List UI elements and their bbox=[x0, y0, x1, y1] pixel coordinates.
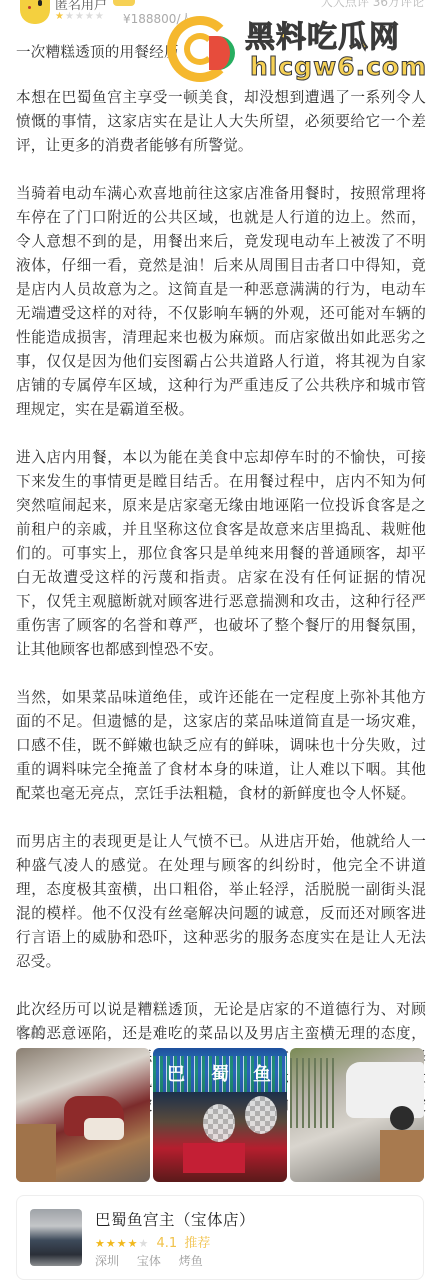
star-icon: ★ bbox=[106, 1237, 117, 1250]
star-icon: ★ bbox=[65, 11, 75, 22]
review-paragraph: 当然，如果菜品味道绝佳，或许还能在一定程度上弥补其他方面的不足。但遗憾的是，这家… bbox=[16, 686, 426, 806]
avatar-cheek bbox=[28, 6, 31, 9]
star-icon: ★ bbox=[85, 11, 95, 22]
shop-tags: 深圳 宝体 烤鱼 bbox=[95, 1252, 211, 1269]
shop-name: 巴蜀鱼宫主（宝体店） bbox=[95, 1208, 255, 1230]
star-icon: ★ bbox=[117, 1237, 128, 1250]
privacy-blur bbox=[245, 1096, 277, 1134]
cardboard-box-shape bbox=[380, 1130, 424, 1182]
star-icon: ★ bbox=[95, 1237, 106, 1250]
privacy-blur bbox=[203, 1104, 235, 1142]
star-icon: ★ bbox=[75, 11, 85, 22]
shop-card[interactable]: 巴蜀鱼宫主（宝体店） ★★★★★ 4.1 推荐 深圳 宝体 烤鱼 bbox=[16, 1195, 424, 1280]
review-photo-scooter[interactable] bbox=[16, 1048, 150, 1182]
reviewer-header: 匿名用户 ★★★★★ ¥188800/人 人人点评 36万评论 bbox=[0, 0, 440, 30]
sign-char: 蜀 bbox=[211, 1060, 229, 1086]
avatar-eye bbox=[38, 0, 42, 6]
star-icon: ★ bbox=[128, 1237, 139, 1250]
shop-tag-category: 烤鱼 bbox=[179, 1254, 203, 1268]
star-icon: ★ bbox=[55, 11, 65, 22]
reviewer-star-rating: ★★★★★ bbox=[55, 11, 105, 22]
level-badge-icon bbox=[113, 0, 135, 6]
review-photo-storefront[interactable]: 巴 蜀 鱼 bbox=[153, 1048, 287, 1182]
watermark-logo-inner-icon bbox=[184, 33, 216, 65]
sign-char: 巴 bbox=[167, 1060, 185, 1086]
review-body: 本想在巴蜀鱼宫主享受一顿美食，却没想到遭遇了一系列令人愤慨的事情，这家店实在是让… bbox=[16, 86, 426, 1166]
star-icon: ★ bbox=[139, 1237, 150, 1250]
review-paragraph: 而男店主的表现更是让人气愤不已。从进店开始，他就给人一种盛气凌人的感觉。在处理与… bbox=[16, 830, 426, 974]
scooter-seat-shape bbox=[84, 1118, 124, 1140]
review-title: 一次糟糕透顶的用餐经历 bbox=[16, 41, 179, 62]
sign-char: 鱼 bbox=[253, 1060, 271, 1086]
star-icon: ★ bbox=[95, 11, 105, 22]
review-photo-sidewalk[interactable] bbox=[290, 1048, 424, 1182]
reviewer-meta: 人人点评 36万评论 bbox=[321, 0, 424, 10]
review-paragraph: 当骑着电动车满心欢喜地前往这家店准备用餐时，按照常理将车停在了门口附近的公共区域… bbox=[16, 182, 426, 422]
car-wheel-shape bbox=[390, 1106, 414, 1130]
shop-tag-city: 深圳 bbox=[95, 1254, 119, 1268]
shop-recommend-label: 推荐 bbox=[184, 1236, 210, 1251]
watermark-url: hlcgw6.com bbox=[250, 52, 427, 81]
reviewer-avatar[interactable] bbox=[20, 0, 50, 24]
shop-tag-district: 宝体 bbox=[137, 1254, 161, 1268]
shop-thumbnail bbox=[30, 1209, 82, 1266]
review-paragraph: 本想在巴蜀鱼宫主享受一顿美食，却没想到遭遇了一系列令人愤慨的事情，这家店实在是让… bbox=[16, 86, 426, 158]
watermelon-icon bbox=[209, 36, 235, 70]
car-shape bbox=[346, 1062, 424, 1118]
red-table-shape bbox=[183, 1143, 245, 1173]
collapse-link[interactable]: 收起 bbox=[16, 1022, 44, 1042]
fence-shape bbox=[290, 1058, 336, 1128]
cardboard-box-shape bbox=[16, 1124, 56, 1182]
shop-score: 4.1 bbox=[157, 1236, 178, 1251]
review-paragraph: 进入店内用餐，本以为能在美食中忘却停车时的不愉快，可接下来发生的事情更是瞠目结舌… bbox=[16, 446, 426, 662]
shop-rating: ★★★★★ 4.1 推荐 bbox=[95, 1232, 210, 1251]
review-photo-gallery: 巴 蜀 鱼 bbox=[16, 1048, 424, 1182]
price-per-person: ¥188800/人 bbox=[123, 10, 193, 27]
